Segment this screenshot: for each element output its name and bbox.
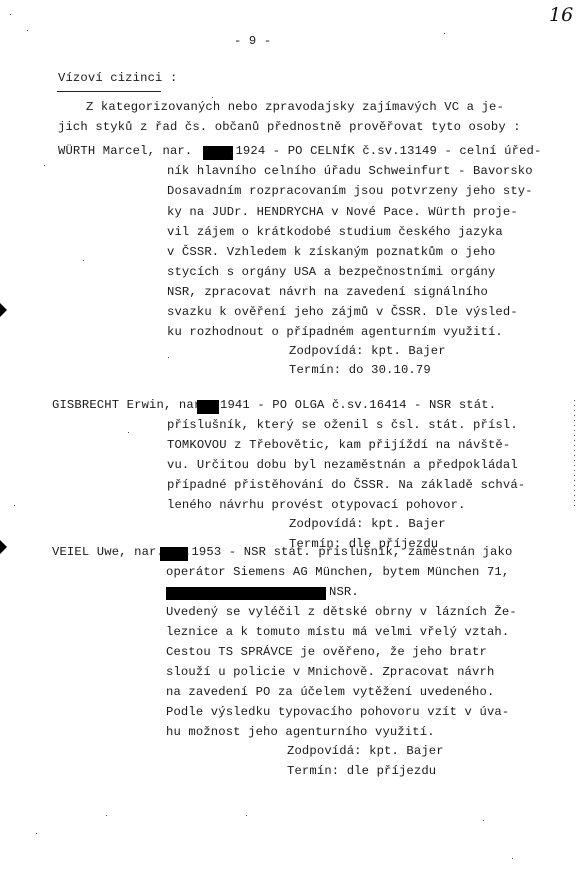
entry-body-line: operátor Siemens AG München, bytem Münch… xyxy=(166,565,509,579)
scan-speck xyxy=(14,505,15,506)
scan-speck xyxy=(10,14,11,15)
entry-body-line: slouží u policie v Mnichově. Zpracovat n… xyxy=(166,665,494,679)
entry-lead: WÜRTH Marcel, nar. xyxy=(58,144,200,158)
entry-lead-rest: .1953 - NSR stát. příslušník, zaměstnán … xyxy=(184,545,512,559)
entry-body-line: případné přistěhování do ČSSR. Na základ… xyxy=(167,478,525,492)
entry-body-line: vu. Určitou dobu byl nezaměstnán a předp… xyxy=(167,458,518,472)
scan-speck xyxy=(27,30,28,31)
entry-body-line: TOMKOVOU z Třebovětic, kam přijíždí na n… xyxy=(167,438,510,452)
punch-hole-mark xyxy=(0,540,7,554)
section-heading: Vízoví cizinci : xyxy=(58,71,177,85)
scan-speck xyxy=(444,33,445,34)
scan-speck xyxy=(483,820,484,821)
handwritten-folio-number: 16 xyxy=(549,4,573,26)
entry-body-line: ky na JUDr. HENDRYCHA v Nové Pace. Würth… xyxy=(167,205,518,219)
entry-body-line: vil zájem o krátkodobé studium českého j… xyxy=(167,225,503,239)
redaction-box xyxy=(197,400,219,414)
entry-body-line: Uvedený se vyléčil z dětské obrny v lázn… xyxy=(166,605,517,619)
entry-deadline: Termín: dle příjezdu xyxy=(287,764,436,778)
entry-body-line: leného návrhu provést otypovací pohovor. xyxy=(167,498,466,512)
entry-body-line: Dosavadním rozpracovaním jsou potvrzeny … xyxy=(167,184,533,198)
entry-body-line: stycích s orgány USA a bezpečnostními or… xyxy=(167,265,495,279)
scan-speck xyxy=(83,260,84,261)
entry-body-line: ník hlavního celního úřadu Schweinfurt -… xyxy=(167,164,533,178)
scan-speck xyxy=(44,165,45,166)
address-suffix: NSR. xyxy=(329,585,359,599)
document-page: 16 - 9 - Vízoví cizinci : Z kategorizova… xyxy=(0,0,588,879)
margin-dotted-mark xyxy=(574,400,575,510)
intro-line-2: jich styků z řad čs. občanů přednostně p… xyxy=(58,120,521,134)
entry-responsible: Zodpovídá: kpt. Bajer xyxy=(289,344,446,358)
entry-responsible: Zodpovídá: kpt. Bajer xyxy=(287,744,444,758)
entry-lead-rest: 1941 - PO OLGA č.sv.16414 - NSR stát. xyxy=(220,398,496,412)
scan-speck xyxy=(106,815,107,816)
entry-body-line: v ČSSR. Vzhledem k získaným poznatkům o … xyxy=(167,245,495,259)
scan-speck xyxy=(512,858,513,859)
scan-speck xyxy=(212,97,213,98)
entry-body-line: Podle výsledku typovacího pohovoru vzít … xyxy=(166,705,509,719)
entry-responsible: Zodpovídá: kpt. Bajer xyxy=(289,517,446,531)
entry-lead-rest: .1924 - PO CELNÍK č.sv.13149 - celní úře… xyxy=(228,144,541,158)
scan-speck xyxy=(36,833,37,834)
entry-body-line: příslušník, který se oženil s čsl. stát.… xyxy=(167,418,518,432)
entry-body-line: NSR, zpracovat návrh na zavedení signáln… xyxy=(167,285,488,299)
entry-body-line: leznice a k tomuto místu má velmi vřelý … xyxy=(166,625,509,639)
page-number: - 9 - xyxy=(234,34,271,48)
entry-body-line: hu možnost jeho agenturního využití. xyxy=(166,725,435,739)
entry-deadline: Termín: do 30.10.79 xyxy=(289,363,431,377)
entry-lead: VEIEL Uwe, nar. xyxy=(52,545,171,559)
entry-body-line: Cestou TS SPRÁVCE je ověřeno, že jeho br… xyxy=(166,645,487,659)
intro-line-1: Z kategorizovaných nebo zpravodajsky zaj… xyxy=(86,100,504,114)
entry-lead: GISBRECHT Erwin, nar. xyxy=(52,398,209,412)
scan-speck xyxy=(128,432,129,433)
punch-hole-mark xyxy=(0,303,7,317)
entry-body-line: svazku k ověření jeho zájmů v ČSSR. Dle … xyxy=(167,305,518,319)
scan-speck xyxy=(246,815,247,816)
entry-body-line: na zavedení PO za účelem vytěžení uveden… xyxy=(166,685,494,699)
scan-speck xyxy=(168,357,169,358)
entry-body-line: ku rozhodnout o případném agenturním vyu… xyxy=(167,325,503,339)
redacted-address-box xyxy=(166,587,326,600)
heading-underline xyxy=(57,91,161,92)
